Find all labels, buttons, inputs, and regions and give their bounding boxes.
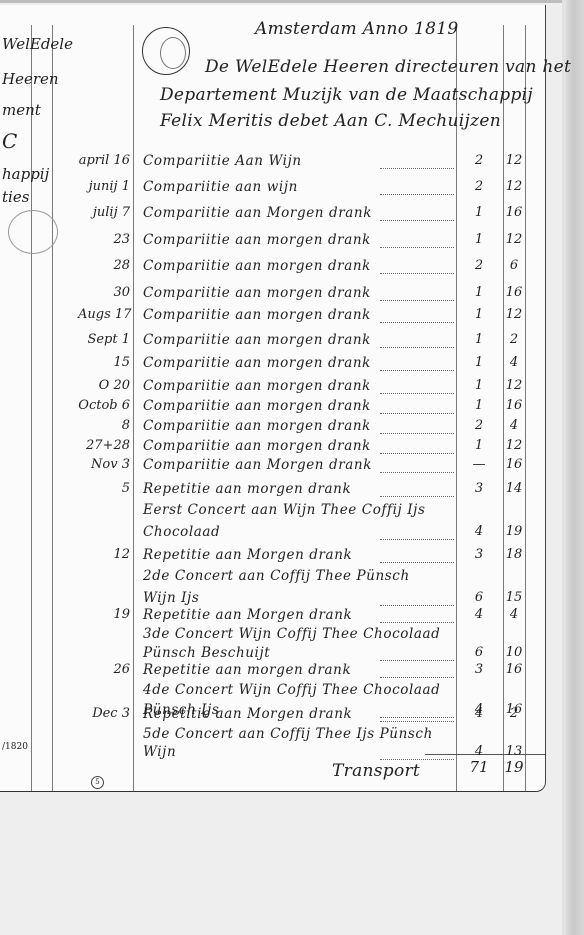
margin-fragment: WelEdele xyxy=(2,35,73,53)
header-line-2: Departement Muzijk van de Maatschappij xyxy=(160,85,533,105)
leader-dots xyxy=(380,300,454,301)
leader-dots xyxy=(380,660,454,661)
entry-date: 26 xyxy=(78,662,130,677)
margin-rule xyxy=(52,25,53,791)
entry-col2: 18 xyxy=(503,547,525,562)
leader-dots xyxy=(380,539,454,540)
entry-col1: 1 xyxy=(468,232,490,247)
margin-rule xyxy=(31,25,32,791)
entry-description: 5de Concert aan Coffij Thee Ijs Pünsch xyxy=(143,726,433,742)
initial-flourish-w xyxy=(160,37,186,69)
leader-dots xyxy=(380,273,454,274)
entry-col2: 4 xyxy=(503,355,525,370)
entry-date: april 16 xyxy=(78,153,130,168)
entry-description: 2de Concert aan Coffij Thee Pünsch xyxy=(143,568,410,584)
entry-col1: 4 xyxy=(468,706,490,721)
entry-description: Wijn Ijs xyxy=(143,590,199,606)
leader-dots xyxy=(380,721,454,722)
entry-description: Repetitie aan morgen drank xyxy=(143,481,351,497)
leader-dots xyxy=(380,168,454,169)
entry-col2: 19 xyxy=(503,524,525,539)
entry-col1: 4 xyxy=(468,524,490,539)
entry-description: Chocolaad xyxy=(143,524,220,540)
entry-description: 4de Concert Wijn Coffij Thee Chocolaad xyxy=(143,682,440,698)
entry-description: Repetitie aan Morgen drank xyxy=(143,706,352,722)
entry-col1: 1 xyxy=(468,307,490,322)
entry-col1: 2 xyxy=(468,153,490,168)
entry-description: Compariitie aan morgen drank xyxy=(143,418,371,434)
entry-date: 28 xyxy=(78,258,130,273)
transport-label: Transport xyxy=(332,761,420,781)
entry-col2: 10 xyxy=(503,645,525,660)
entry-col2: 16 xyxy=(503,285,525,300)
transport-col1: 71 xyxy=(468,758,490,776)
entry-date: Nov 3 xyxy=(78,457,130,472)
leader-dots xyxy=(380,562,454,563)
leader-dots xyxy=(380,622,454,623)
entry-description: Compariitie aan morgen drank xyxy=(143,378,371,394)
leader-dots xyxy=(380,322,454,323)
entry-col1: 2 xyxy=(468,258,490,273)
leader-dots xyxy=(380,496,454,497)
page-stamp: 5 xyxy=(91,776,104,789)
entry-col1: — xyxy=(468,457,490,472)
entry-description: Compariitie aan morgen drank xyxy=(143,332,371,348)
leader-dots xyxy=(380,194,454,195)
entry-date: 5 xyxy=(78,481,130,496)
entry-col1: 2 xyxy=(468,179,490,194)
entry-col2: 13 xyxy=(503,744,525,759)
entry-col2: 16 xyxy=(503,662,525,677)
entry-col2: 4 xyxy=(503,607,525,622)
entry-description: Eerst Concert aan Wijn Thee Coffij Ijs xyxy=(143,502,425,518)
header-place-year: Amsterdam Anno 1819 xyxy=(255,19,458,39)
entry-description: Compariitie aan wijn xyxy=(143,179,298,195)
margin-fragment: C xyxy=(2,129,17,153)
leader-dots xyxy=(380,413,454,414)
date-column-rule xyxy=(133,25,134,791)
entry-description: Compariitie aan morgen drank xyxy=(143,285,371,301)
entry-description: Compariitie aan Morgen drank xyxy=(143,205,372,221)
entry-col1: 1 xyxy=(468,332,490,347)
leader-dots xyxy=(380,393,454,394)
entry-description: 3de Concert Wijn Coffij Thee Chocolaad xyxy=(143,626,440,642)
margin-fragment: ties xyxy=(2,188,29,206)
scan-top-edge xyxy=(0,0,584,3)
entry-col1: 6 xyxy=(468,590,490,605)
entry-col2: 12 xyxy=(503,307,525,322)
entry-description: Compariitie aan morgen drank xyxy=(143,258,371,274)
entry-col1: 1 xyxy=(468,205,490,220)
entry-description: Compariitie aan morgen drank xyxy=(143,355,371,371)
ledger-page: WelEdele Heeren ment C happij ties Amste… xyxy=(0,5,546,792)
entry-description: Repetitie aan Morgen drank xyxy=(143,607,352,623)
entry-col2: 4 xyxy=(503,418,525,433)
entry-col2: 12 xyxy=(503,153,525,168)
leader-dots xyxy=(380,347,454,348)
entry-description: Compariitie aan Morgen drank xyxy=(143,457,372,473)
entry-date: O 20 xyxy=(78,378,130,393)
transport-col2: 19 xyxy=(503,758,525,776)
entry-date: junij 1 xyxy=(78,179,130,194)
flourish xyxy=(8,210,58,254)
entry-description: Repetitie aan Morgen drank xyxy=(143,547,352,563)
entry-col1: 3 xyxy=(468,481,490,496)
leader-dots xyxy=(380,453,454,454)
entry-description: Compariitie aan morgen drank xyxy=(143,232,371,248)
entry-col1: 1 xyxy=(468,398,490,413)
entry-description: Wijn xyxy=(143,744,176,760)
header-line-3: Felix Meritis debet Aan C. Mechuijzen xyxy=(160,111,501,131)
entry-description: Pünsch Beschuijt xyxy=(143,645,270,661)
entry-date: 27+28 xyxy=(78,438,130,453)
entry-date: 12 xyxy=(78,547,130,562)
entry-date: 8 xyxy=(78,418,130,433)
leader-dots xyxy=(380,759,454,760)
entry-col2: 15 xyxy=(503,590,525,605)
entry-col1: 3 xyxy=(468,662,490,677)
leader-dots xyxy=(380,605,454,606)
entry-description: Compariitie aan morgen drank xyxy=(143,398,371,414)
entry-col2: 12 xyxy=(503,438,525,453)
entry-description: Compariitie aan morgen drank xyxy=(143,307,371,323)
entry-date: Dec 3 xyxy=(78,706,130,721)
entry-date: julij 7 xyxy=(78,205,130,220)
entry-col1: 2 xyxy=(468,418,490,433)
leader-dots xyxy=(380,717,454,718)
entry-description: Repetitie aan morgen drank xyxy=(143,662,351,678)
entry-col1: 1 xyxy=(468,438,490,453)
entry-col2: 12 xyxy=(503,232,525,247)
entry-col2: 2 xyxy=(503,332,525,347)
amount-column-rule xyxy=(456,25,457,791)
leader-dots xyxy=(380,370,454,371)
margin-fragment: Heeren xyxy=(2,70,59,88)
entry-date: 15 xyxy=(78,355,130,370)
margin-fragment: happij xyxy=(2,165,49,183)
leader-dots xyxy=(380,433,454,434)
entry-col2: 16 xyxy=(503,205,525,220)
entry-col2: 14 xyxy=(503,481,525,496)
entry-date: Augs 17 xyxy=(78,307,130,322)
entry-col1: 4 xyxy=(468,744,490,759)
entry-col1: 1 xyxy=(468,355,490,370)
footer-note: /1820 xyxy=(2,742,28,752)
leader-dots xyxy=(380,677,454,678)
leader-dots xyxy=(380,472,454,473)
entry-date: 19 xyxy=(78,607,130,622)
entry-date: 23 xyxy=(78,232,130,247)
entry-col1: 3 xyxy=(468,547,490,562)
entry-description: Compariitie aan morgen drank xyxy=(143,438,371,454)
entry-col2: 16 xyxy=(503,398,525,413)
margin-fragment: ment xyxy=(2,101,41,119)
amount-column-rule xyxy=(525,25,526,791)
entry-col1: 1 xyxy=(468,285,490,300)
leader-dots xyxy=(380,247,454,248)
entry-col2: 2 xyxy=(503,706,525,721)
entry-date: Octob 6 xyxy=(78,398,130,413)
header-line-1: De WelEdele Heeren directeuren van het xyxy=(205,57,571,77)
scanner-strip xyxy=(566,0,584,935)
leader-dots xyxy=(380,220,454,221)
entry-col2: 12 xyxy=(503,179,525,194)
entry-col2: 12 xyxy=(503,378,525,393)
entry-date: 30 xyxy=(78,285,130,300)
entry-col2: 16 xyxy=(503,457,525,472)
entry-date: Sept 1 xyxy=(78,332,130,347)
entry-col1: 4 xyxy=(468,607,490,622)
entry-col1: 6 xyxy=(468,645,490,660)
entry-col2: 6 xyxy=(503,258,525,273)
entry-description: Compariitie Aan Wijn xyxy=(143,153,302,169)
entry-col1: 1 xyxy=(468,378,490,393)
